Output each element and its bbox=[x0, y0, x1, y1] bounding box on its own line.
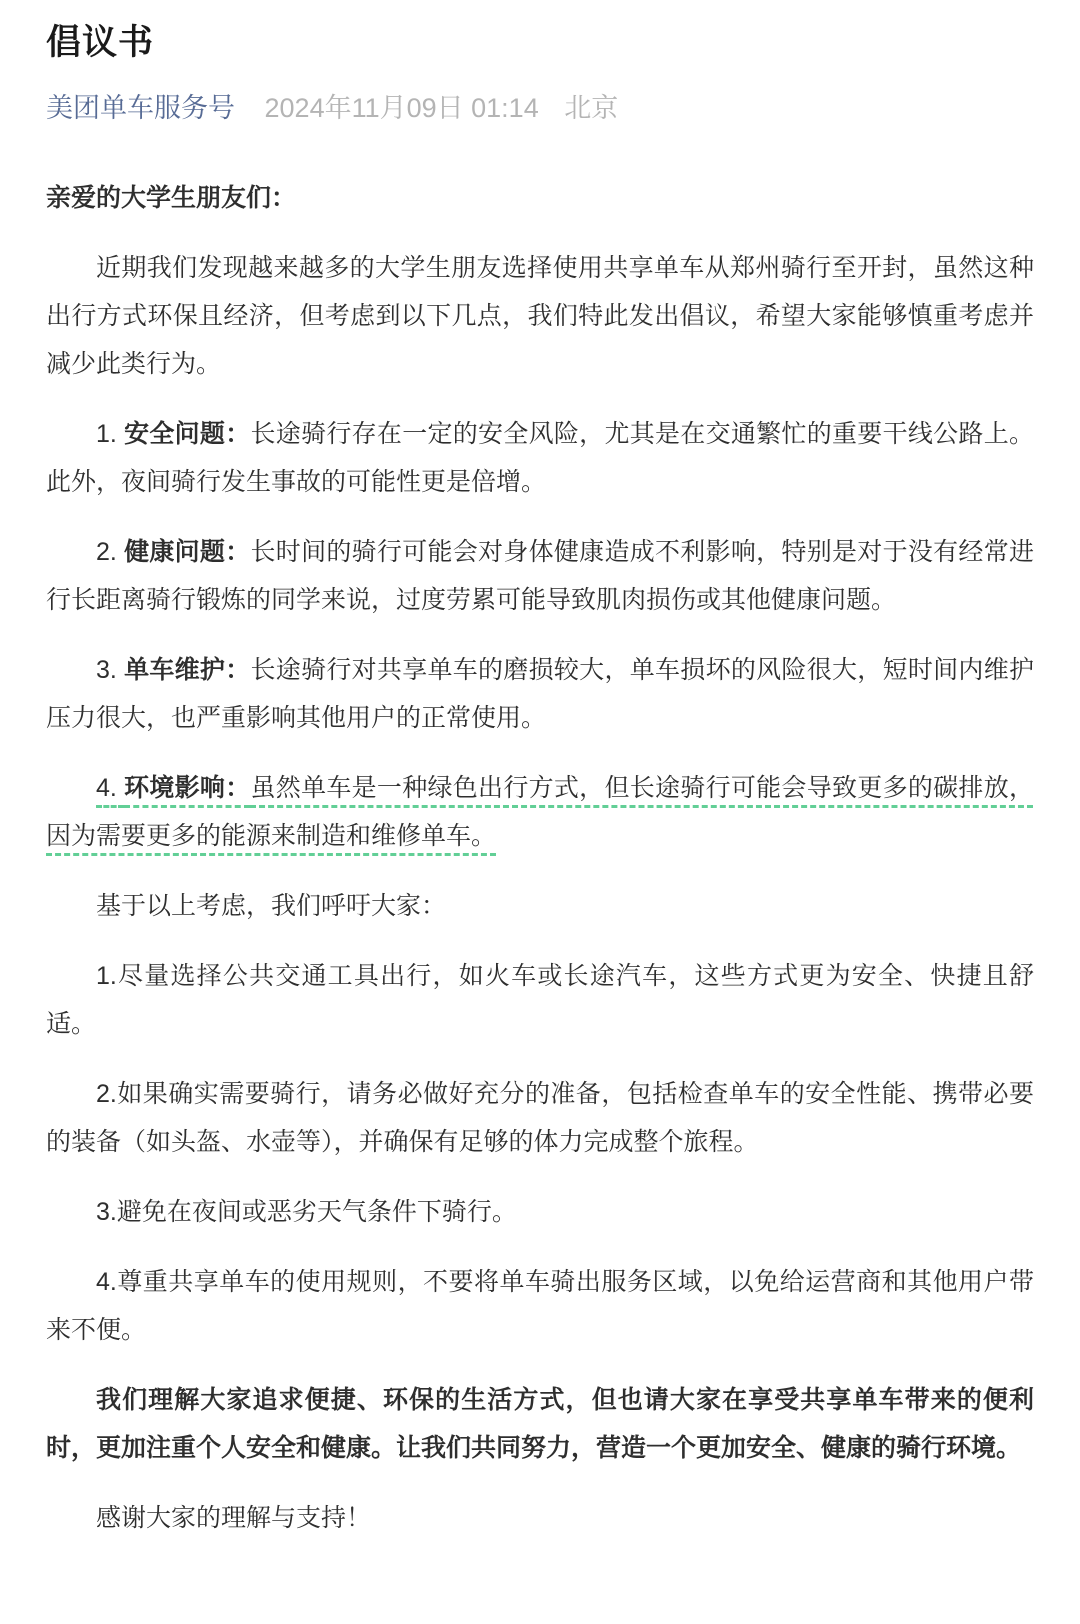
concern-item-health: 2. 健康问题：长时间的骑行可能会对身体健康造成不利影响，特别是对于没有经常进行… bbox=[46, 528, 1034, 624]
suggestion-item-2: 2.如果确实需要骑行，请务必做好充分的准备，包括检查单车的安全性能、携带必要的装… bbox=[46, 1070, 1034, 1166]
suggestion-item-3: 3.避免在夜间或恶劣天气条件下骑行。 bbox=[46, 1188, 1034, 1236]
article-title: 倡议书 bbox=[46, 20, 1034, 66]
suggestion-item-1: 1.尽量选择公共交通工具出行，如火车或长途汽车，这些方式更为安全、快捷且舒适。 bbox=[46, 952, 1034, 1048]
thanks-paragraph: 感谢大家的理解与支持！ bbox=[46, 1494, 1034, 1542]
article-page: 倡议书 美团单车服务号 2024年11月09日 01:14 北京 亲爱的大学生朋… bbox=[0, 0, 1080, 1624]
concern-number: 2. bbox=[96, 538, 124, 566]
closing-paragraph: 我们理解大家追求便捷、环保的生活方式，但也请大家在享受共享单车带来的便利时，更加… bbox=[46, 1376, 1034, 1472]
concern-number: 3. bbox=[96, 656, 124, 684]
appeal-intro: 基于以上考虑，我们呼吁大家： bbox=[46, 882, 1034, 930]
concern-label: 单车维护： bbox=[124, 656, 250, 684]
suggestion-item-4: 4.尊重共享单车的使用规则，不要将单车骑出服务区域，以免给运营商和其他用户带来不… bbox=[46, 1258, 1034, 1354]
author-link[interactable]: 美团单车服务号 bbox=[46, 93, 235, 123]
concern-number: 1. bbox=[96, 420, 124, 448]
concern-number: 4. bbox=[96, 774, 124, 802]
article-body: 亲爱的大学生朋友们： 近期我们发现越来越多的大学生朋友选择使用共享单车从郑州骑行… bbox=[46, 174, 1034, 1542]
publish-location: 北京 bbox=[564, 93, 618, 123]
intro-paragraph: 近期我们发现越来越多的大学生朋友选择使用共享单车从郑州骑行至开封，虽然这种出行方… bbox=[46, 244, 1034, 388]
publish-date: 2024年11月09日 01:14 bbox=[265, 93, 539, 123]
concern-item-safety: 1. 安全问题：长途骑行存在一定的安全风险，尤其是在交通繁忙的重要干线公路上。此… bbox=[46, 410, 1034, 506]
concern-label: 健康问题： bbox=[124, 538, 250, 566]
concern-item-environment: 4. 环境影响：虽然单车是一种绿色出行方式，但长途骑行可能会导致更多的碳排放，因… bbox=[46, 764, 1034, 860]
salutation: 亲爱的大学生朋友们： bbox=[46, 174, 1034, 222]
article-meta: 美团单车服务号 2024年11月09日 01:14 北京 bbox=[46, 92, 1034, 124]
concern-label: 环境影响： bbox=[124, 774, 250, 802]
concern-label: 安全问题： bbox=[124, 420, 250, 448]
concern-item-maintenance: 3. 单车维护：长途骑行对共享单车的磨损较大，单车损坏的风险很大，短时间内维护压… bbox=[46, 646, 1034, 742]
